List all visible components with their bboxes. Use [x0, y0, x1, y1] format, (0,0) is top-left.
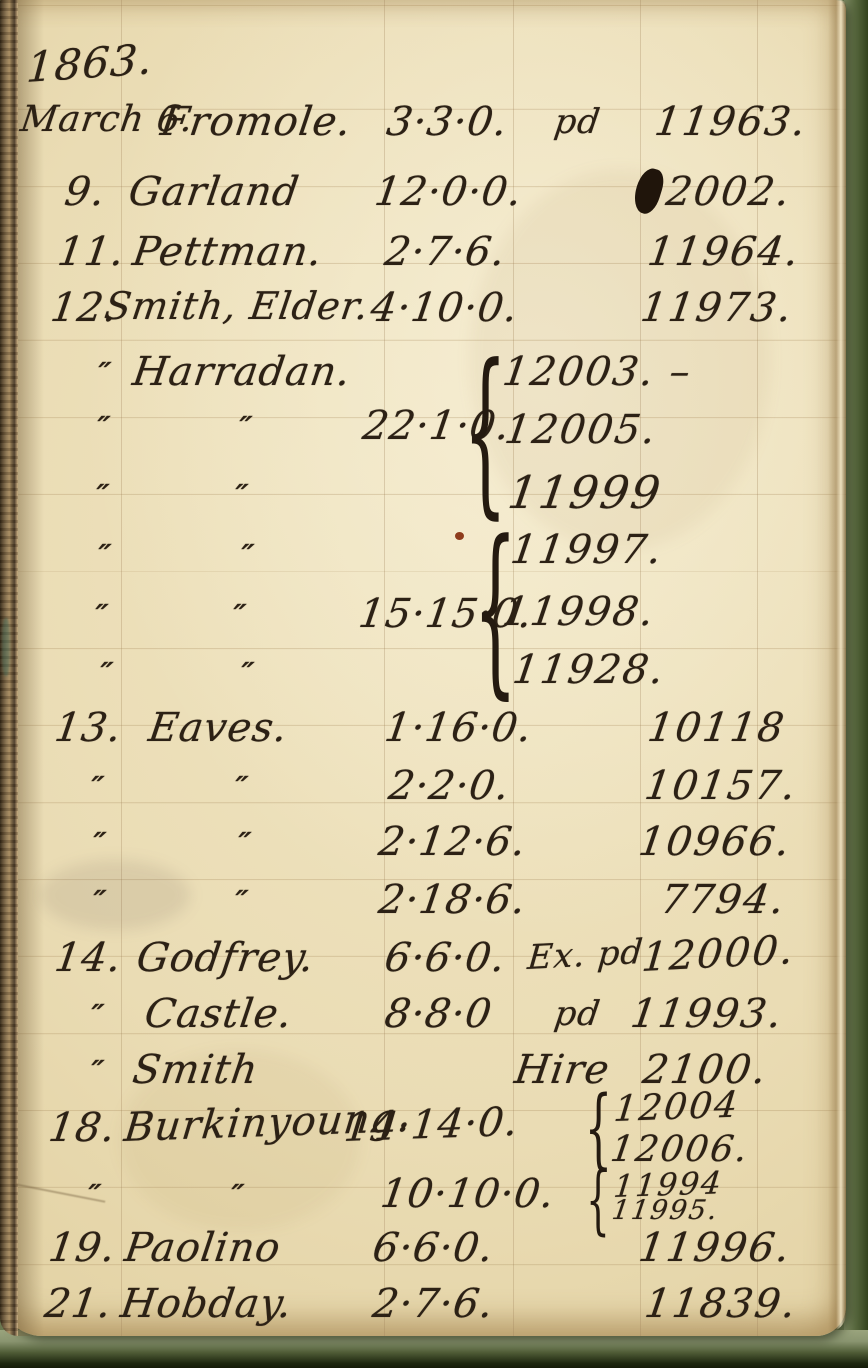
entry-amount: 10·10·0. — [378, 1172, 558, 1216]
entry-date: 11. — [55, 230, 128, 274]
bracket-number: 12003. – — [500, 350, 695, 394]
ledger-row: ″ ″ 15·15·0. — [0, 592, 846, 648]
bracket-number: 11997. — [508, 528, 666, 572]
ledger-row: 11. Pettman. 2·7·6. 11964. — [0, 230, 846, 286]
bracket-number: 12005. — [502, 408, 660, 452]
bracket-number: 12004 — [612, 1086, 741, 1130]
entry-date: 18. — [46, 1106, 119, 1150]
ledger-row: ″ ″ — [0, 650, 846, 706]
bracket-number: 12006. — [608, 1130, 752, 1170]
entry-name: ″ — [232, 480, 249, 512]
bracket-number: 11999 — [505, 468, 665, 518]
entry-number: 11963. — [652, 100, 810, 144]
ledger-row: 19. Paolino 6·6·0. 11996. — [0, 1226, 846, 1282]
entry-name: Paolino — [122, 1226, 284, 1270]
entry-name: ″ — [236, 412, 253, 444]
entry-date: 19. — [46, 1226, 119, 1270]
entry-name: ″ — [232, 886, 249, 918]
entry-date: ″ — [88, 1056, 105, 1088]
entry-name: Godfrey. — [134, 936, 317, 980]
ledger-row: ″ ″ — [0, 532, 846, 588]
entry-amount: 2·7·6. — [370, 1282, 497, 1326]
ledger-row: ″ Castle. 8·8·0 pd 11993. — [0, 992, 846, 1048]
entry-number: 11839. — [642, 1282, 800, 1326]
entry-note: Ex. pd — [526, 934, 645, 977]
entry-number: 10157. — [642, 764, 800, 808]
entry-number: 11964. — [645, 230, 803, 274]
entry-name: Smith, Elder. — [102, 286, 372, 328]
entry-date: 21. — [42, 1282, 115, 1326]
entry-amount: 2·12·6. — [376, 820, 529, 864]
brace-icon: { — [582, 1168, 614, 1232]
ledger-row: ″ ″ 2·2·0. 10157. — [0, 764, 846, 820]
ledger-row: ″ ″ 22·1·0. — [0, 404, 846, 460]
entry-date: 14. — [52, 936, 125, 980]
ledger-row: 9. Garland 12·0·0. 12002. — [0, 170, 846, 226]
ledger-row: ″ ″ — [0, 472, 846, 528]
ledger-row: 13. Eaves. 1·16·0. 10118 — [0, 706, 846, 762]
year-heading: 1863. — [25, 36, 154, 91]
entry-number: 10966. — [636, 820, 794, 864]
entry-date: ″ — [97, 658, 114, 690]
entry-name: ″ — [235, 828, 252, 860]
entry-amount: 2·2·0. — [386, 764, 513, 808]
entry-date: 13. — [52, 706, 125, 750]
bracket-number: 11995. — [610, 1196, 721, 1226]
entry-name: Garland — [126, 170, 302, 214]
entry-date: ″ — [95, 358, 112, 390]
entry-date: ″ — [94, 412, 111, 444]
entry-name: ″ — [238, 540, 255, 572]
table-surface-right — [844, 0, 868, 1368]
entry-date: ″ — [85, 1180, 102, 1212]
entry-name: Harradan. — [130, 350, 354, 394]
entry-date: ″ — [93, 480, 110, 512]
ledger-row: ″ ″ 2·18·6. 7794. — [0, 878, 846, 934]
entry-number: 10118 — [645, 706, 788, 750]
entry-date: ″ — [88, 1000, 105, 1032]
ledger-row: 14. Godfrey. 6·6·0. Ex. pd 12000. — [0, 936, 846, 992]
entry-date: 9. — [62, 170, 108, 214]
entry-name: Castle. — [142, 992, 295, 1036]
entry-name: ″ — [232, 772, 249, 804]
ledger-row: 12. Smith, Elder. 4·10·0. 11973. — [0, 286, 846, 342]
entry-name: Eaves. — [146, 706, 291, 750]
entry-amount: 2·7·6. — [382, 230, 509, 274]
entry-note: pd — [552, 996, 603, 1033]
entry-amount: 6·6·0. — [370, 1226, 497, 1270]
bracket-number: 11998. — [500, 590, 658, 634]
entry-date: ″ — [90, 886, 107, 918]
entry-name: Pettman. — [130, 230, 325, 274]
entry-name: Hobday. — [118, 1282, 295, 1326]
entry-number: 12000. — [640, 928, 797, 980]
ledger-row: March 6. Fromole. 3·3·0. pd 11963. — [0, 100, 846, 156]
entry-date: ″ — [90, 828, 107, 860]
entry-amount: 6·6·0. — [382, 936, 509, 980]
bracket-number: 11928. — [510, 648, 668, 692]
entry-amount: 2·18·6. — [376, 878, 529, 922]
photo-backdrop: 1863. March 6. Fromole. 3·3·0. pd 11963.… — [0, 0, 868, 1368]
entry-date: ″ — [88, 772, 105, 804]
ledger-row: ″ ″ 2·12·6. 10966. — [0, 820, 846, 876]
entry-amount: 4·10·0. — [368, 286, 521, 330]
entry-date: ″ — [95, 540, 112, 572]
entry-name: ″ — [228, 1180, 245, 1212]
entry-amount: 12·0·0. — [372, 170, 525, 214]
ledger-page: 1863. March 6. Fromole. 3·3·0. pd 11963.… — [0, 0, 846, 1336]
entry-number: 11996. — [636, 1226, 794, 1270]
entry-name: ″ — [238, 658, 255, 690]
entry-name: ″ — [230, 600, 247, 632]
entry-amount: 8·8·0 — [382, 992, 495, 1036]
entry-name: Fromole. — [158, 100, 354, 144]
entry-amount: 3·3·0. — [384, 100, 511, 144]
entry-number: 11993. — [628, 992, 786, 1036]
entry-number: 7794. — [658, 878, 789, 922]
entry-number: 11973. — [638, 286, 796, 330]
entry-note: pd — [552, 104, 603, 141]
ledger-row: 21. Hobday. 2·7·6. 11839. — [0, 1282, 846, 1338]
ledger-row: ″ Harradan. — [0, 350, 846, 406]
entry-amount: 14·14·0. — [342, 1100, 521, 1150]
entry-name: Smith — [130, 1048, 261, 1092]
entry-date: ″ — [92, 600, 109, 632]
